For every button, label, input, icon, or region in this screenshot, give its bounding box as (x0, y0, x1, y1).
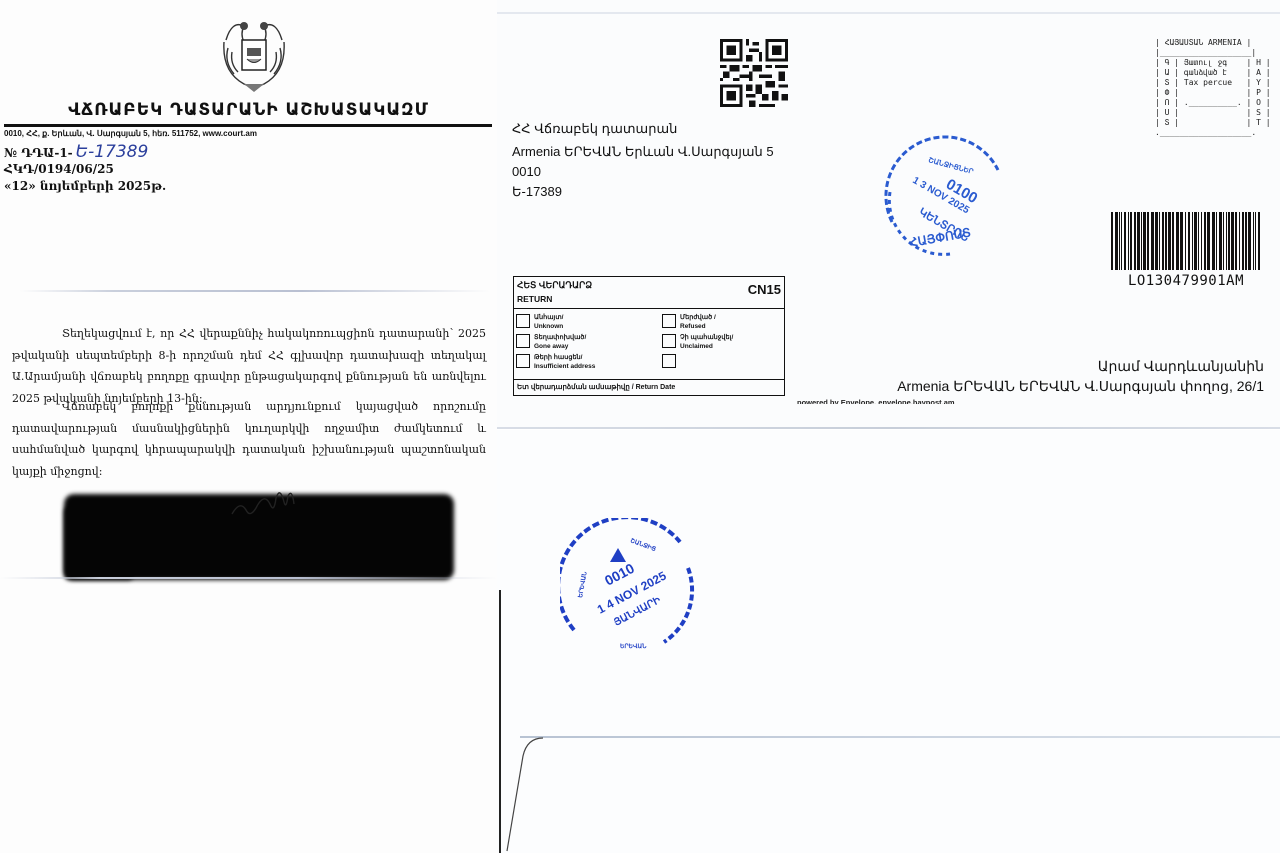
letter-paragraph-2: Վճռաբեկ բողոքի քննության արդյունքում կայ… (12, 396, 486, 482)
sender-zip: 0010 (512, 164, 541, 179)
armenia-coat-of-arms-icon (214, 12, 294, 94)
checkbox-gone-away[interactable] (516, 334, 530, 348)
handwritten-reference: Ե-17389 (76, 142, 149, 162)
return-title-en: RETURN (517, 294, 552, 304)
checkbox-other[interactable] (662, 354, 676, 368)
court-address-line: 0010, ՀՀ, ք. Երևան, Վ. Սարգսյան 5, հեռ. … (4, 129, 257, 138)
postage-paid-box: | ՀԱՅԱՍՏԱՆ ARMENIA | |__________________… (1155, 38, 1273, 142)
sender-reference: Ե-17389 (512, 184, 562, 200)
return-date-field: Ետ վերադարձման ամսաթիվը / Return Date (514, 379, 784, 395)
barcode-icon (1111, 212, 1261, 270)
powered-by-text: powered by Envelope, envelope.haypost.am (797, 398, 955, 404)
svg-text:ՇԱՆՋԻՑ: ՇԱՆՋԻՑ (629, 537, 657, 553)
checkbox-refused[interactable] (662, 314, 676, 328)
option-insufficient-address: Թերի հասցեն/Insufficient address (534, 353, 595, 371)
sender-name: ՀՀ Վճռաբեկ դատարան (512, 121, 677, 137)
return-title-am: ՀԵՏ ՎԵՐԱԴԱՐՁ (517, 280, 592, 291)
option-unclaimed: Չի պահանջվել/Unclaimed (680, 333, 733, 351)
form-code: CN15 (748, 282, 781, 297)
checkbox-insufficient-address[interactable] (516, 354, 530, 368)
envelope-edge (497, 427, 1280, 429)
envelope-side-edge (499, 590, 501, 853)
qr-code-icon (720, 38, 788, 108)
return-form-cn15: ՀԵՏ ՎԵՐԱԴԱՐՁ RETURN CN15 Անհայտ/Unknown … (513, 276, 785, 396)
option-gone-away: Տեղափոխված/Gone away (534, 333, 586, 351)
signature-icon (230, 488, 310, 518)
sender-address: Armenia ԵՐԵՎԱՆ Երևան Վ.Սարգսյան 5 (512, 144, 774, 160)
scan-smudge (0, 577, 497, 579)
option-refused: Մերժված /Refused (680, 313, 716, 331)
recipient-name: Արամ Վարդևանյանին (1098, 358, 1264, 375)
option-unknown: Անհայտ/Unknown (534, 313, 563, 331)
postmark-stamp-icon: 0010 1 4 NOV 2025 ՅԱՆՎԱՐԻ ՇԱՆՋԻՑ ԵՐԵՎԱՆ … (560, 518, 702, 660)
envelope-flap-corner (505, 736, 545, 853)
svg-text:ԵՐԵՎԱՆ: ԵՐԵՎԱՆ (620, 643, 647, 650)
reference-prefix: № ԴԴԱ-1- (4, 146, 73, 160)
svg-text:ԵՐԵՎԱՆ: ԵՐԵՎԱՆ (577, 570, 589, 598)
return-form-header: ՀԵՏ ՎԵՐԱԴԱՐՁ RETURN CN15 (514, 277, 784, 309)
envelope-flap-line (520, 736, 1280, 738)
letter-date: «12» նոյեմբերի 2025թ. (4, 179, 166, 193)
tracking-number: LO130479901AM (1111, 273, 1261, 289)
recipient-address: Armenia ԵՐԵՎԱՆ ԵՐԵՎԱՆ Վ.Սարգսյան փողոց, … (897, 378, 1264, 395)
postmark-stamp-icon: ՇԱՆՋԻՑՆԵՐ 0100 1 3 NOV 2025 ԿԵՆՏՐՈՆ ՀԱՅՓ… (880, 122, 1010, 267)
svg-text:ՇԱՆՋԻՑՆԵՐ: ՇԱՆՋԻՑՆԵՐ (927, 156, 974, 176)
checkbox-unknown[interactable] (516, 314, 530, 328)
checkbox-unclaimed[interactable] (662, 334, 676, 348)
reference-number: № ԴԴԱ-1-Ե-17389 (4, 142, 148, 162)
case-number: ՀԿԴ/0194/06/25 (4, 162, 114, 176)
court-title: ՎՃՌԱԲԵԿ ԴԱՏԱՐԱՆԻ ԱՇԽԱՏԱԿԱԶՄ (0, 100, 497, 120)
scan-smudge (20, 290, 490, 292)
envelope-edge (497, 12, 1280, 14)
title-rule (4, 124, 492, 127)
